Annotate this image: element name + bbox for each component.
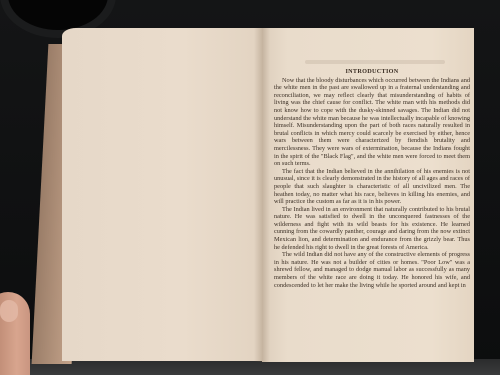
paragraph-2: The fact that the Indian believed in the… <box>274 168 470 206</box>
paragraph-4: The wild Indian did not have any of the … <box>274 251 470 289</box>
book-gutter <box>254 28 270 362</box>
bleed-through-text <box>305 60 445 64</box>
page-title: INTRODUCTION <box>274 68 470 76</box>
introduction-text-block: INTRODUCTION Now that the bloody disturb… <box>274 68 470 289</box>
left-page-blank <box>62 28 262 361</box>
thumbnail-nail <box>0 300 18 322</box>
paragraph-3: The Indian lived in an environment that … <box>274 206 470 252</box>
paragraph-1: Now that the bloody disturbances which o… <box>274 77 470 168</box>
